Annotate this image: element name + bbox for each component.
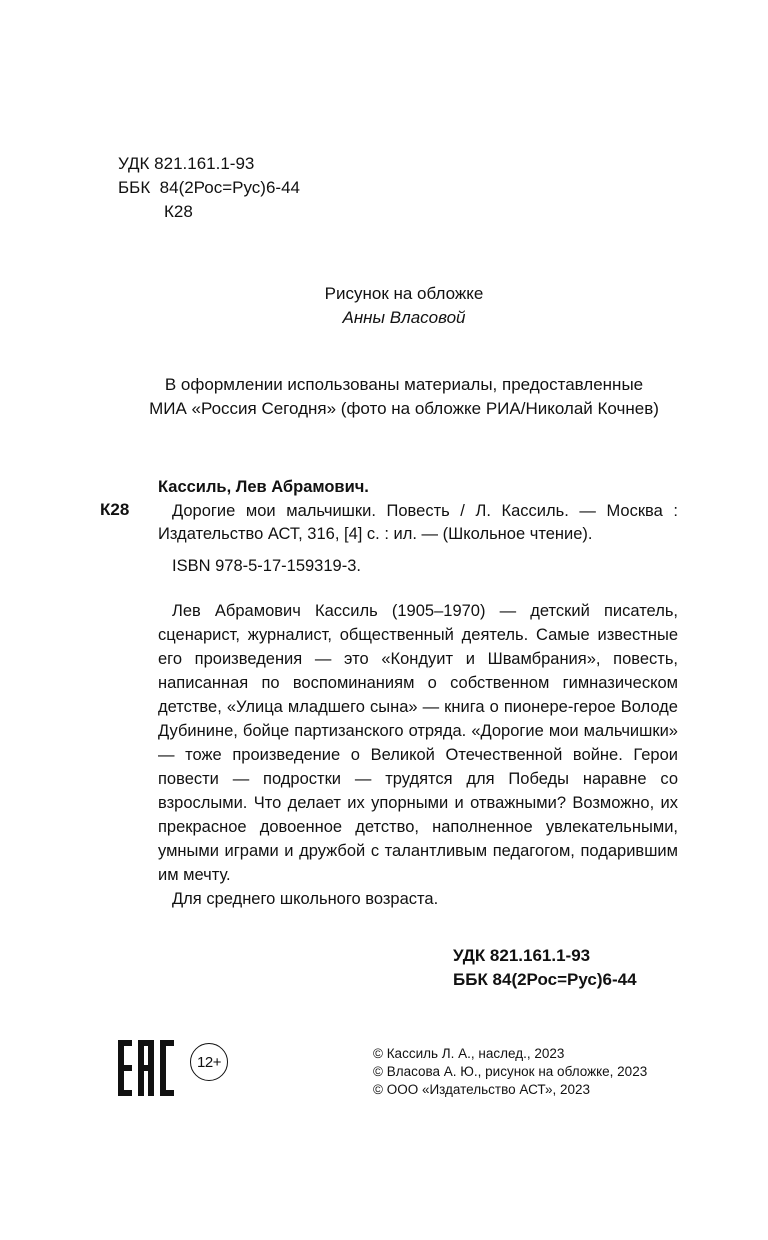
author-mark: К28 [118,200,300,224]
audience: Для среднего школьного возраста. [158,887,678,911]
age-rating-badge: 12+ [190,1043,228,1081]
classification-bottom: УДК 821.161.1-93 ББК 84(2Рос=Рус)6-44 [453,944,637,992]
imprint-page: УДК 821.161.1-93 ББК 84(2Рос=Рус)6-44 К2… [0,0,768,1240]
bib-description: Дорогие мои мальчишки. Повесть / Л. Касс… [158,500,678,547]
bib-author: Кассиль, Лев Абрамович. [158,476,678,500]
materials-note: В оформлении использованы материалы, пре… [0,373,768,421]
materials-line-2: МИА «Россия Сегодня» (фото на обложке РИ… [0,397,768,421]
copyright-block: © Кассиль Л. А., наслед., 2023 © Власова… [373,1045,647,1099]
materials-line-1: В оформлении использованы материалы, пре… [0,373,768,397]
classification-top: УДК 821.161.1-93 ББК 84(2Рос=Рус)6-44 К2… [118,152,300,224]
cover-artist: Анны Власовой [0,306,768,330]
eac-conformity-icon [118,1040,174,1096]
cover-credit: Рисунок на обложке Анны Власовой [0,282,768,330]
copyright-line: © Кассиль Л. А., наслед., 2023 [373,1045,647,1063]
bib-isbn: ISBN 978-5-17-159319-3. [158,555,678,579]
copyright-line: © ООО «Издательство АСТ», 2023 [373,1081,647,1099]
bbk-code: ББК 84(2Рос=Рус)6-44 [118,176,300,200]
bbk-code-bold: ББК 84(2Рос=Рус)6-44 [453,968,637,992]
udk-code-bold: УДК 821.161.1-93 [453,944,637,968]
udk-code: УДК 821.161.1-93 [118,152,300,176]
copyright-line: © Власова А. Ю., рисунок на обложке, 202… [373,1063,647,1081]
age-rating-label: 12+ [197,1054,221,1071]
bibliographic-record: Кассиль, Лев Абрамович. Дорогие мои маль… [158,476,678,578]
cover-credit-label: Рисунок на обложке [0,282,768,306]
bib-author-mark: К28 [100,500,129,520]
annotation-text: Лев Абрамович Кассиль (1905–1970) — детс… [158,599,678,887]
annotation: Лев Абрамович Кассиль (1905–1970) — детс… [158,599,678,911]
